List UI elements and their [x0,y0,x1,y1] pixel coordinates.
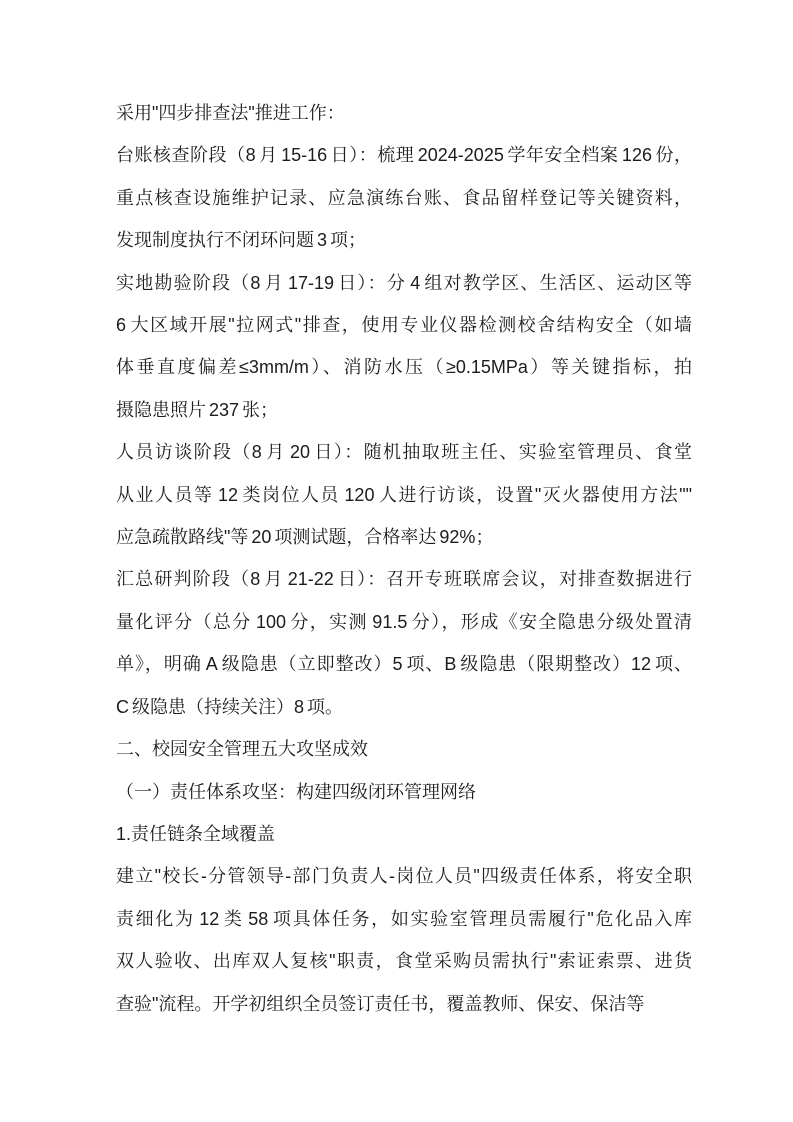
body-paragraph-line: 采用"四步排查法"推进工作： [116,92,692,134]
body-paragraph-line: 台账核查阶段（8 月 15-16 日）：梳理 2024-2025 学年安全档案 … [116,134,692,176]
body-paragraph-line: 实地勘验阶段（8 月 17-19 日）：分 4 组对教学区、生活区、运动区等 [116,262,692,304]
heading-level-2-line: （一）责任体系攻坚：构建四级闭环管理网络 [116,771,692,813]
body-paragraph-line: 6 大区域开展"拉网式"排查，使用专业仪器检测校舍结构安全（如墙 [116,304,692,346]
body-paragraph-line: C 级隐患（持续关注）8 项。 [116,686,692,728]
document-page: 采用"四步排查法"推进工作：台账核查阶段（8 月 15-16 日）：梳理 202… [0,0,793,1122]
body-paragraph-line: 查验"流程。开学初组织全员签订责任书，覆盖教师、保安、保洁等 [116,983,692,1025]
body-paragraph-line: 摄隐患照片 237 张； [116,389,692,431]
body-paragraph-line: 重点核查设施维护记录、应急演练台账、食品留样登记等关键资料， [116,177,692,219]
body-paragraph-line: 体垂直度偏差≤3mm/m）、消防水压（≥0.15MPa）等关键指标，拍 [116,346,692,388]
body-paragraph-line: 从业人员等 12 类岗位人员 120 人进行访谈，设置"灭火器使用方法"" [116,474,692,516]
body-paragraph-line: 应急疏散路线"等 20 项测试题，合格率达 92%； [116,516,692,558]
document-body: 采用"四步排查法"推进工作：台账核查阶段（8 月 15-16 日）：梳理 202… [116,0,692,1025]
body-paragraph-line: 人员访谈阶段（8 月 20 日）：随机抽取班主任、实验室管理员、食堂 [116,431,692,473]
heading-level-1-line: 二、校园安全管理五大攻坚成效 [116,728,692,770]
body-paragraph-line: 双人验收、出库双人复核"职责，食堂采购员需执行"索证索票、进货 [116,940,692,982]
body-paragraph-line: 量化评分（总分 100 分，实测 91.5 分），形成《安全隐患分级处置清 [116,601,692,643]
body-paragraph-line: 单》，明确 A 级隐患（立即整改）5 项、B 级隐患（限期整改）12 项、 [116,643,692,685]
heading-level-3-line: 1.责任链条全域覆盖 [116,813,692,855]
body-paragraph-line: 建立"校长-分管领导-部门负责人-岗位人员"四级责任体系，将安全职 [116,855,692,897]
body-paragraph-line: 汇总研判阶段（8 月 21-22 日）：召开专班联席会议，对排查数据进行 [116,558,692,600]
body-paragraph-line: 发现制度执行不闭环问题 3 项； [116,219,692,261]
body-paragraph-line: 责细化为 12 类 58 项具体任务，如实验室管理员需履行"危化品入库 [116,898,692,940]
